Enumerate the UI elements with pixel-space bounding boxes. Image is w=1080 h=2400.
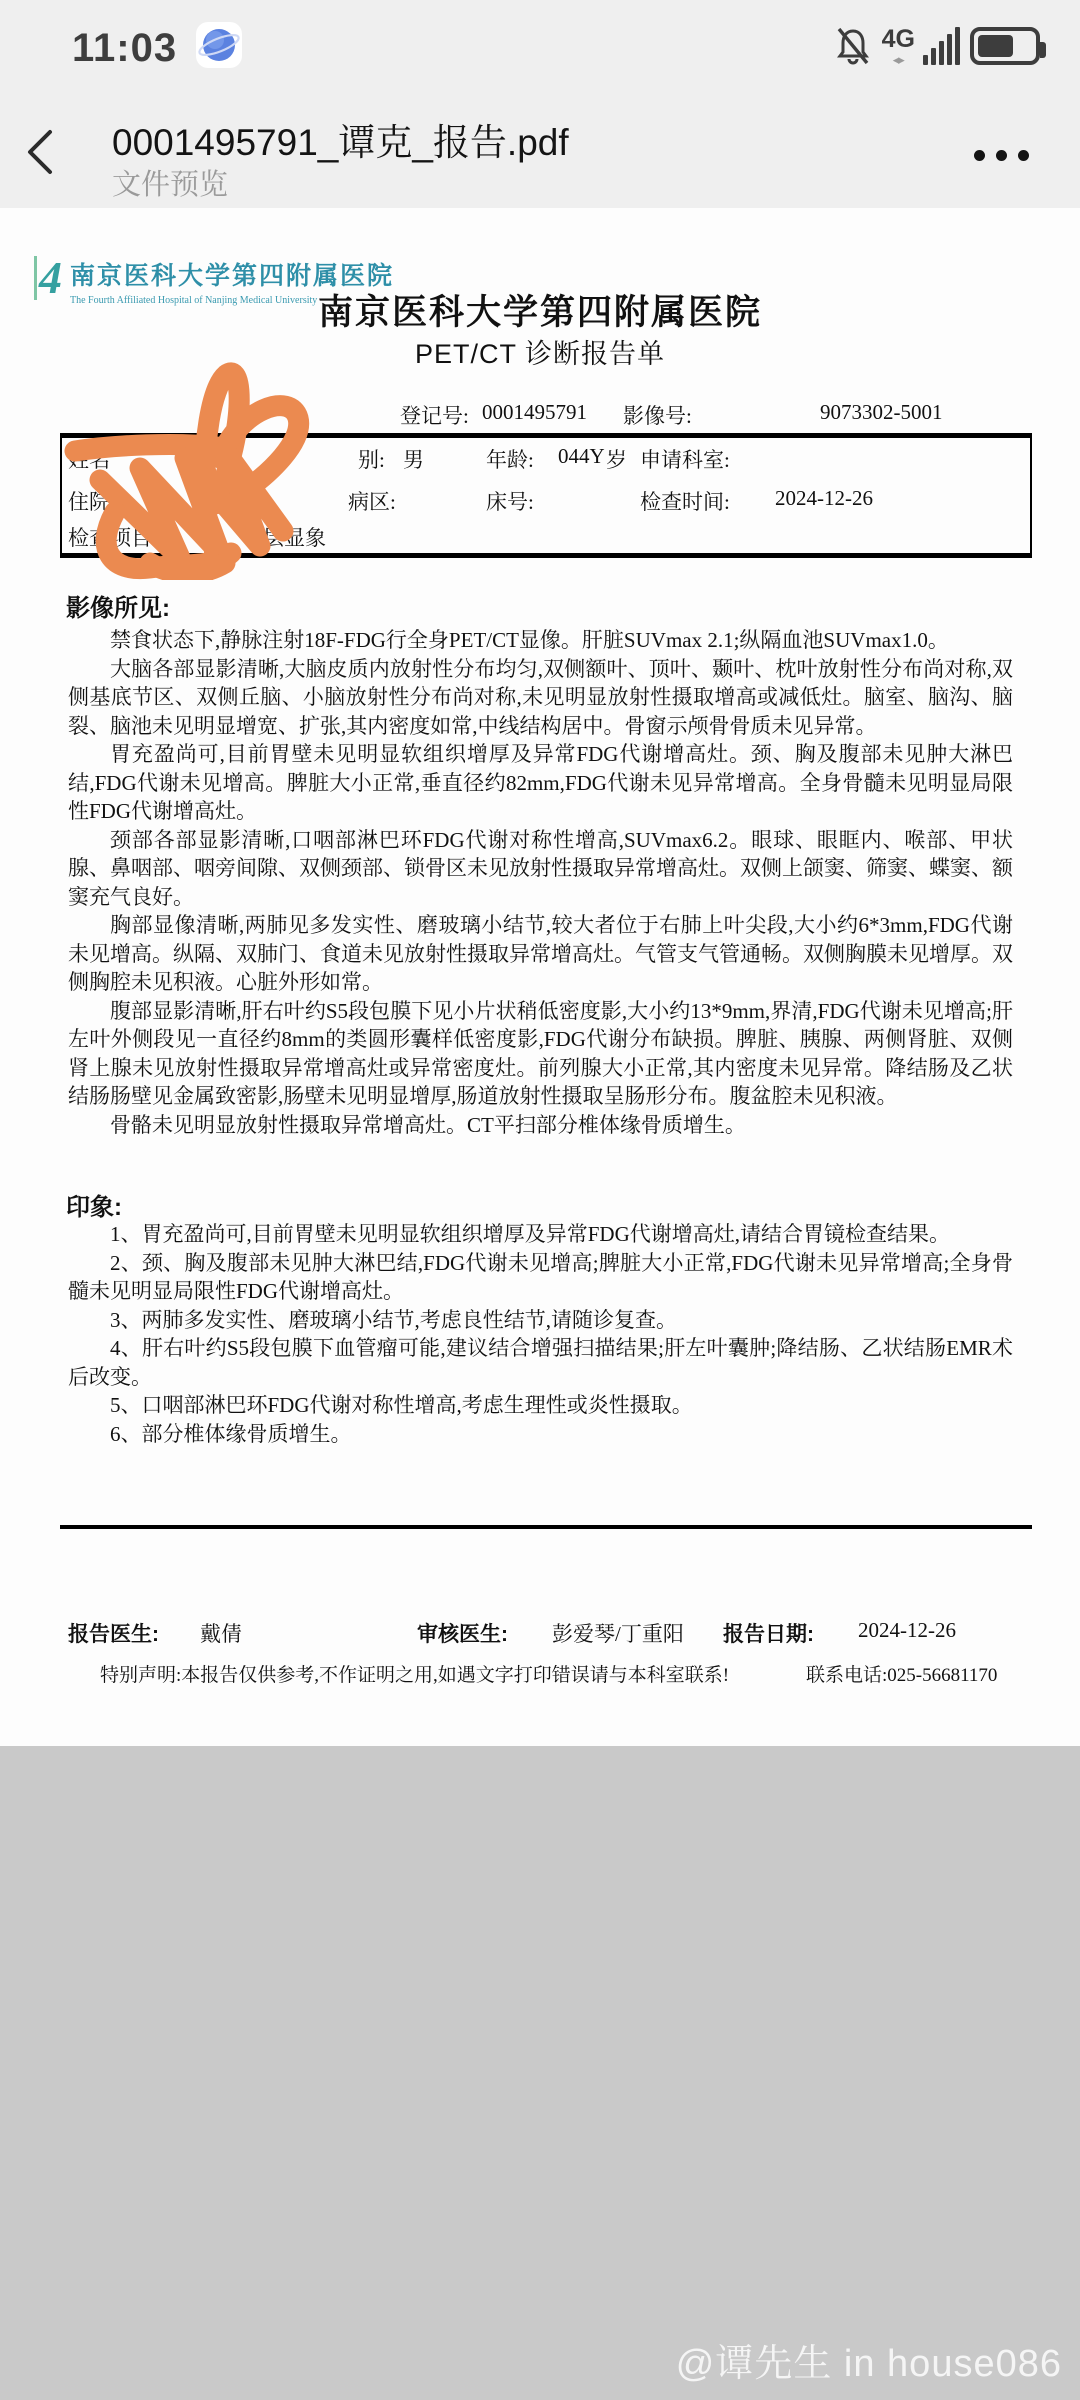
impression-item: 5、口咽部淋巴环FDG代谢对称性增高,考虑生理性或炎性摄取。 bbox=[68, 1391, 1013, 1420]
findings-paragraph: 腹部显影清晰,肝右叶约S5段包膜下见小片状稍低密度影,大小约13*9mm,界清,… bbox=[68, 997, 1013, 1111]
department-label: 申请科室: bbox=[640, 444, 730, 474]
top-chrome: 11:03 4G ◂▸ bbox=[0, 0, 1080, 208]
age-label: 年龄: bbox=[486, 444, 534, 474]
report-date-value: 2024-12-26 bbox=[858, 1618, 956, 1643]
report-doctor-label: 报告医生: bbox=[68, 1618, 159, 1648]
exam-time-value: 2024-12-26 bbox=[775, 486, 873, 511]
contact-phone: 联系电话:025-56681170 bbox=[806, 1660, 997, 1687]
exam-time-label: 检查时间: bbox=[640, 486, 730, 516]
reg-no-value: 0001495791 bbox=[482, 400, 587, 425]
signal-strength-icon bbox=[923, 27, 960, 65]
age-unit: 岁 bbox=[606, 444, 627, 474]
image-no-value: 9073302-5001 bbox=[820, 400, 943, 425]
bed-label: 床号: bbox=[486, 486, 534, 516]
footer-divider bbox=[60, 1525, 1032, 1529]
back-button[interactable] bbox=[20, 124, 64, 180]
review-doctor-names: 彭爱琴/丁重阳 bbox=[552, 1618, 684, 1648]
findings-paragraph: 大脑各部显影清晰,大脑皮质内放射性分布均匀,双侧额叶、顶叶、颞叶、枕叶放射性分布… bbox=[68, 655, 1013, 741]
phone-screen: 11:03 4G ◂▸ bbox=[0, 0, 1080, 2400]
privacy-scribble bbox=[55, 362, 355, 580]
findings-paragraph: 胸部显像清晰,两肺见多发实性、磨玻璃小结节,较大者位于右肺上叶尖段,大小约6*3… bbox=[68, 911, 1013, 997]
pdf-page[interactable]: 4 南京医科大学第四附属医院 The Fourth Affiliated Hos… bbox=[0, 208, 1080, 1746]
findings-text: 禁食状态下,静脉注射18F-FDG行全身PET/CT显像。肝脏SUVmax 2.… bbox=[68, 626, 1013, 1139]
reg-no-label: 登记号: bbox=[400, 400, 469, 430]
network-type-label: 4G bbox=[882, 27, 915, 52]
impression-item: 4、肝右叶约S5段包膜下血管瘤可能,建议结合增强扫描结果;肝左叶囊肿;降结肠、乙… bbox=[68, 1334, 1013, 1391]
file-preview-label: 文件预览 bbox=[112, 162, 228, 203]
image-no-label: 影像号: bbox=[623, 400, 692, 430]
notifications-muted-icon bbox=[834, 26, 872, 66]
gender-value: 男 bbox=[403, 444, 424, 474]
impression-item: 6、部分椎体缘骨质增生。 bbox=[68, 1420, 1013, 1449]
clock: 11:03 bbox=[72, 26, 177, 71]
user-watermark: @谭先生 in house086 bbox=[0, 2332, 1062, 2387]
review-doctor-label: 审核医生: bbox=[417, 1618, 508, 1648]
report-doctor-name: 戴倩 bbox=[200, 1618, 242, 1648]
impression-item: 3、两肺多发实性、磨玻璃小结节,考虑良性结节,请随诊复查。 bbox=[68, 1306, 1013, 1335]
findings-paragraph: 禁食状态下,静脉注射18F-FDG行全身PET/CT显像。肝脏SUVmax 2.… bbox=[68, 626, 1013, 655]
data-activity-arrows-icon: ◂▸ bbox=[893, 53, 904, 66]
ward-label: 病区: bbox=[348, 486, 396, 516]
gender-label: 别: bbox=[358, 444, 385, 474]
more-options-button[interactable] bbox=[974, 140, 1050, 170]
battery-icon bbox=[970, 27, 1040, 65]
impression-item: 2、颈、胸及腹部未见肿大淋巴结,FDG代谢未见增高;脾脏大小正常,FDG代谢未见… bbox=[68, 1249, 1013, 1306]
status-icons: 4G ◂▸ bbox=[834, 22, 1040, 70]
network-indicator: 4G ◂▸ bbox=[882, 27, 915, 66]
findings-paragraph: 胃充盈尚可,目前胃壁未见明显软组织增厚及异常FDG代谢增高灶。颈、胸及腹部未见肿… bbox=[68, 740, 1013, 826]
disclaimer-text: 特别声明:本报告仅供参考,不作证明之用,如遇文字打印错误请与本科室联系! bbox=[100, 1660, 729, 1687]
impression-item: 1、胃充盈尚可,目前胃壁未见明显软组织增厚及异常FDG代谢增高灶,请结合胃镜检查… bbox=[68, 1220, 1013, 1249]
age-value: 044Y bbox=[558, 444, 605, 469]
impression-text: 1、胃充盈尚可,目前胃壁未见明显软组织增厚及异常FDG代谢增高灶,请结合胃镜检查… bbox=[68, 1220, 1013, 1448]
findings-paragraph: 颈部各部显影清晰,口咽部淋巴环FDG代谢对称性增高,SUVmax6.2。眼球、眼… bbox=[68, 826, 1013, 912]
browser-app-icon bbox=[196, 22, 242, 68]
findings-heading: 影像所见: bbox=[66, 588, 170, 623]
report-date-label: 报告日期: bbox=[723, 1618, 814, 1648]
report-hospital-title: 南京医科大学第四附属医院 bbox=[0, 285, 1080, 335]
findings-paragraph: 骨骼未见明显放射性摄取异常增高灶。CT平扫部分椎体缘骨质增生。 bbox=[68, 1111, 1013, 1140]
impression-heading: 印象: bbox=[66, 1187, 122, 1222]
file-title: 0001495791_谭克_报告.pdf bbox=[112, 112, 569, 166]
